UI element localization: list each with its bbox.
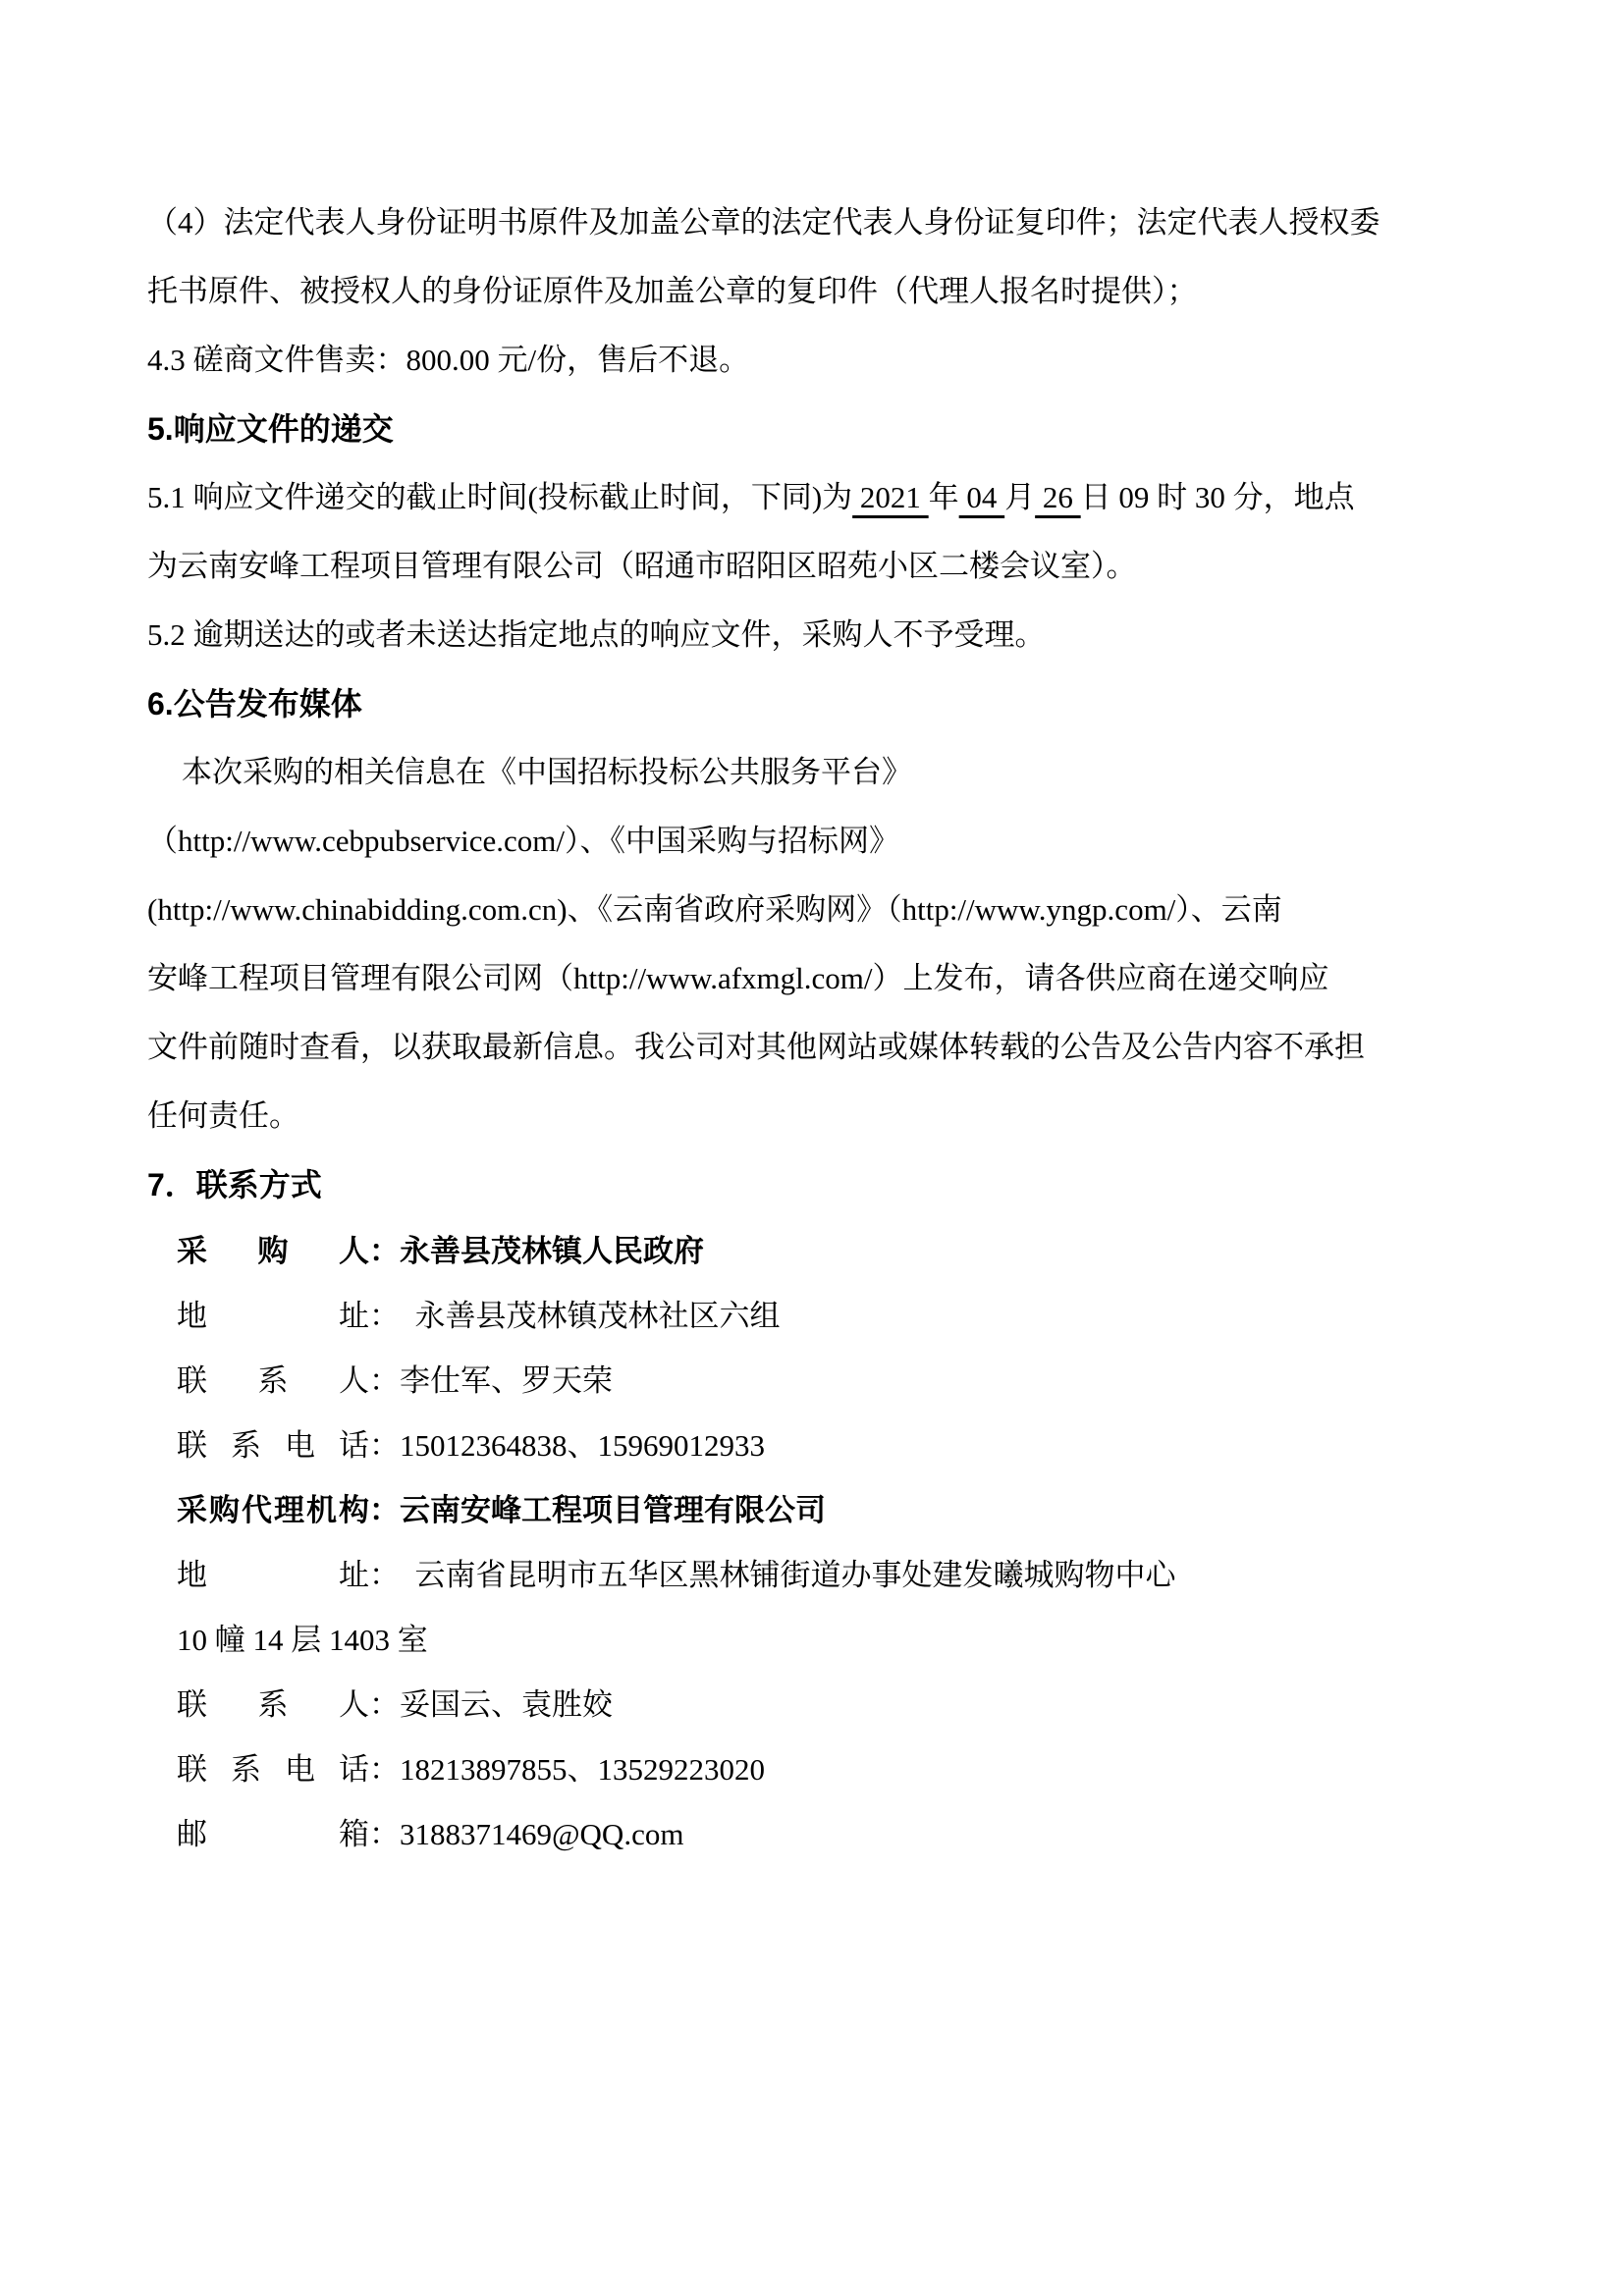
document-page: （4）法定代表人身份证明书原件及加盖公章的法定代表人身份证复印件；法定代表人授权… — [0, 0, 1624, 2296]
contact-label: 地址 — [177, 1284, 369, 1349]
text-segment: 5.响应文件的递交 — [147, 411, 394, 447]
contact-colon: ： — [369, 1558, 385, 1592]
contact-colon: ： — [369, 1817, 400, 1851]
contact-colon: ： — [369, 1299, 385, 1333]
text-segment: 托书原件、被授权人的身份证原件及加盖公章的复印件（代理人报名时提供）； — [147, 274, 1198, 308]
agency-row: 采购代理机构：云南安峰工程项目管理有限公司 — [177, 1478, 1496, 1543]
contact-value: 妥国云、袁胜姣 — [400, 1687, 613, 1722]
contact-label: 采购代理机构 — [177, 1478, 369, 1543]
contact-label: 联系电话 — [177, 1414, 369, 1478]
media-para-line-1: 本次采购的相关信息在《中国招标投标公共服务平台》 — [147, 738, 1496, 807]
text-segment: 7．联系方式 — [147, 1167, 322, 1202]
text-segment: 本次采购的相关信息在《中国招标投标公共服务平台》 — [182, 755, 912, 789]
contact-label: 联系人 — [177, 1673, 369, 1737]
contact-value: 永善县茂林镇人民政府 — [400, 1234, 704, 1268]
text-segment: 月 — [1004, 480, 1035, 514]
contact-value: 李仕军、罗天荣 — [400, 1363, 613, 1398]
text-segment: 5.1 响应文件递交的截止时间(投标截止时间，下同)为 — [147, 480, 852, 514]
agency-phone-row: 联系电话：18213897855、13529223020 — [177, 1737, 1496, 1802]
text-segment: (http://www.chinabidding.com.cn)、《云南省政府采… — [147, 892, 1282, 927]
purchaser-phone-row: 联系电话：15012364838、15969012933 — [177, 1414, 1496, 1478]
media-para-line-5: 文件前随时查看，以获取最新信息。我公司对其他网站或媒体转载的公告及公告内容不承担 — [147, 1013, 1496, 1082]
contact-value: 15012364838、15969012933 — [400, 1428, 765, 1463]
text-segment: （4）法定代表人身份证明书原件及加盖公章的法定代表人身份证复印件；法定代表人授权… — [147, 205, 1380, 240]
purchaser-address-row: 地址： 永善县茂林镇茂林社区六组 — [177, 1284, 1496, 1349]
contact-value: 18213897855、13529223020 — [400, 1752, 765, 1787]
underlined-text: 2021 — [852, 480, 929, 514]
agency-contact-row: 联系人：妥国云、袁胜姣 — [177, 1673, 1496, 1737]
clause-5-2: 5.2 逾期送达的或者未送达指定地点的响应文件，采购人不予受理。 — [147, 601, 1496, 669]
text-segment: 年 — [929, 480, 959, 514]
contact-colon: ： — [369, 1234, 400, 1268]
contact-label: 邮箱 — [177, 1802, 369, 1867]
section-6-heading: 6.公告发布媒体 — [147, 669, 1496, 738]
contact-value: 云南省昆明市五华区黑林铺街道办事处建发曦城购物中心 — [385, 1558, 1176, 1592]
text-segment: 6.公告发布媒体 — [147, 686, 362, 721]
agency-email-row: 邮箱：3188371469@QQ.com — [177, 1802, 1496, 1867]
text-segment: 10 幢 14 层 1403 室 — [177, 1623, 428, 1657]
underlined-text: 26 — [1035, 480, 1081, 514]
contact-colon: ： — [369, 1363, 400, 1398]
text-segment: 4.3 磋商文件售卖：800.00 元/份，售后不退。 — [147, 343, 749, 377]
clause-5-1-line-1: 5.1 响应文件递交的截止时间(投标截止时间，下同)为 2021 年 04 月 … — [147, 463, 1496, 532]
section-7-heading: 7．联系方式 — [147, 1150, 1496, 1219]
clause-4-line-1: （4）法定代表人身份证明书原件及加盖公章的法定代表人身份证复印件；法定代表人授权… — [147, 188, 1496, 257]
text-segment: 5.2 逾期送达的或者未送达指定地点的响应文件，采购人不予受理。 — [147, 617, 1046, 652]
text-segment: 为云南安峰工程项目管理有限公司（昭通市昭阳区昭苑小区二楼会议室）。 — [147, 549, 1137, 583]
media-para-line-3: (http://www.chinabidding.com.cn)、《云南省政府采… — [147, 876, 1496, 944]
section-5-heading: 5.响应文件的递交 — [147, 395, 1496, 463]
media-para-line-2: （http://www.cebpubservice.com/）、《中国采购与招标… — [147, 807, 1496, 876]
contact-value: 3188371469@QQ.com — [400, 1817, 683, 1851]
agency-address-row: 地址： 云南省昆明市五华区黑林铺街道办事处建发曦城购物中心 — [177, 1543, 1496, 1608]
contact-label: 采购人 — [177, 1219, 369, 1284]
contact-label: 联系人 — [177, 1349, 369, 1414]
text-segment: （http://www.cebpubservice.com/）、《中国采购与招标… — [147, 824, 899, 858]
underlined-text: 04 — [959, 480, 1005, 514]
contact-label: 联系电话 — [177, 1737, 369, 1802]
text-segment: 安峰工程项目管理有限公司网（http://www.afxmgl.com/）上发布… — [147, 961, 1329, 995]
purchaser-row: 采购人：永善县茂林镇人民政府 — [177, 1219, 1496, 1284]
contact-colon: ： — [369, 1493, 400, 1527]
media-para-line-6: 任何责任。 — [147, 1082, 1496, 1150]
contact-colon: ： — [369, 1752, 400, 1787]
purchaser-contact-row: 联系人：李仕军、罗天荣 — [177, 1349, 1496, 1414]
contact-value: 云南安峰工程项目管理有限公司 — [400, 1493, 826, 1527]
clause-4-3: 4.3 磋商文件售卖：800.00 元/份，售后不退。 — [147, 326, 1496, 395]
media-para-line-4: 安峰工程项目管理有限公司网（http://www.afxmgl.com/）上发布… — [147, 944, 1496, 1013]
text-segment: 任何责任。 — [147, 1098, 299, 1133]
contact-label: 地址 — [177, 1543, 369, 1608]
text-segment: 日 09 时 30 分，地点 — [1081, 480, 1355, 514]
contact-value: 永善县茂林镇茂林社区六组 — [385, 1299, 781, 1333]
agency-address-cont-row: 10 幢 14 层 1403 室 — [177, 1608, 1496, 1673]
text-segment: 文件前随时查看，以获取最新信息。我公司对其他网站或媒体转载的公告及公告内容不承担 — [147, 1030, 1365, 1064]
contact-colon: ： — [369, 1687, 400, 1722]
clause-4-line-2: 托书原件、被授权人的身份证原件及加盖公章的复印件（代理人报名时提供）； — [147, 257, 1496, 326]
clause-5-1-line-2: 为云南安峰工程项目管理有限公司（昭通市昭阳区昭苑小区二楼会议室）。 — [147, 532, 1496, 601]
contact-colon: ： — [369, 1428, 400, 1463]
